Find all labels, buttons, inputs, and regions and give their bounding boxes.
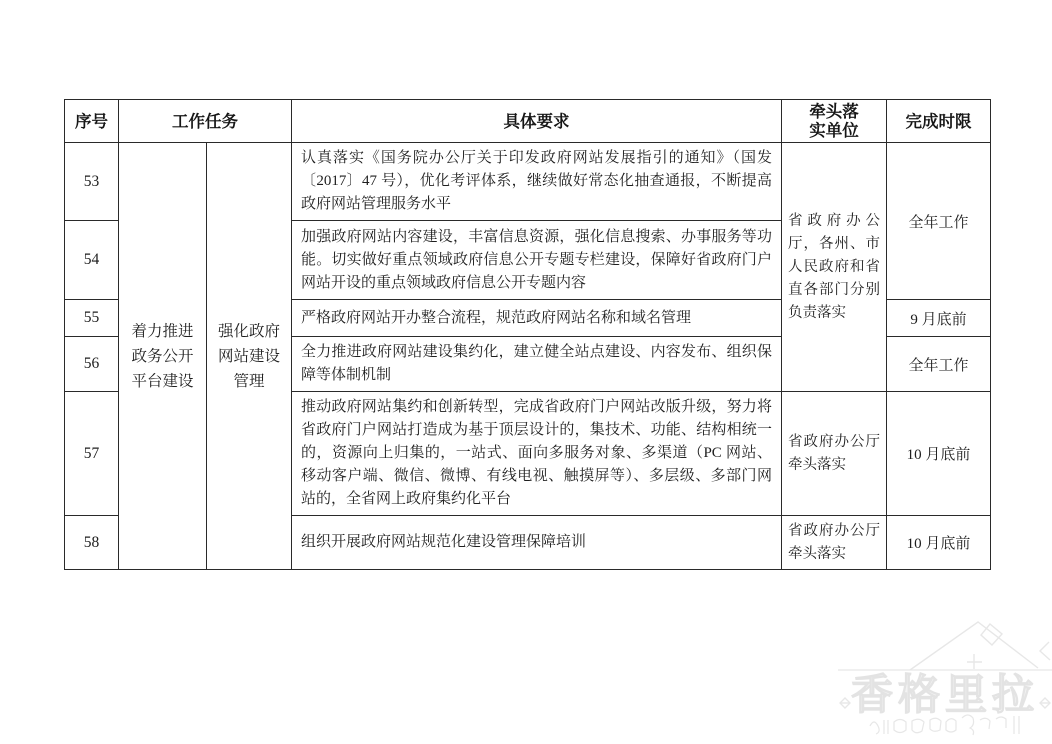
- header-row: 序号 工作任务 具体要求 牵头落实单位 完成时限: [65, 100, 991, 143]
- requirement-cell-53: 认真落实《国务院办公厅关于印发政府网站发展指引的通知》（国发〔2017〕47 号…: [292, 143, 782, 221]
- document-page: 序号 工作任务 具体要求 牵头落实单位 完成时限 53 着力推进政务公开平台建设…: [0, 0, 1052, 744]
- seq-cell-54: 54: [65, 221, 119, 300]
- deadline-cell-56: 全年工作: [887, 337, 991, 392]
- col-header-lead-line2: 实单位: [809, 121, 859, 140]
- seq-cell-53: 53: [65, 143, 119, 221]
- deadline-cell-57: 10 月底前: [887, 392, 991, 516]
- col-header-requirement: 具体要求: [292, 100, 782, 143]
- requirement-cell-57: 推动政府网站集约和创新转型，完成省政府门户网站改版升级，努力将省政府门户网站打造…: [292, 392, 782, 516]
- seq-cell-58: 58: [65, 516, 119, 570]
- col-header-deadline: 完成时限: [887, 100, 991, 143]
- task-group1-cell: 着力推进政务公开平台建设: [119, 143, 207, 570]
- col-header-lead-line1: 牵头落: [809, 102, 859, 121]
- requirement-cell-55: 严格政府网站开办整合流程，规范政府网站名称和域名管理: [292, 300, 782, 337]
- deadline-cell-58: 10 月底前: [887, 516, 991, 570]
- seq-cell-56: 56: [65, 337, 119, 392]
- table-row-53: 53 着力推进政务公开平台建设 强化政府网站建设管理 认真落实《国务院办公厅关于…: [65, 143, 991, 221]
- requirement-cell-54: 加强政府网站内容建设，丰富信息资源，强化信息搜索、办事服务等功能。切实做好重点领…: [292, 221, 782, 300]
- shangrila-watermark: 香格里拉: [838, 606, 1052, 744]
- seq-cell-57: 57: [65, 392, 119, 516]
- watermark-text: 香格里拉: [838, 662, 1052, 722]
- lead-unit-cell-53-56: 省政府办公厅，各州、市人民政府和省直各部门分别负责落实: [782, 143, 887, 392]
- lead-unit-cell-58: 省政府办公厅牵头落实: [782, 516, 887, 570]
- task-group2-cell: 强化政府网站建设管理: [207, 143, 292, 570]
- seq-cell-55: 55: [65, 300, 119, 337]
- task-group1-text: 着力推进政务公开平台建设: [131, 319, 195, 394]
- requirement-cell-58: 组织开展政府网站规范化建设管理保障培训: [292, 516, 782, 570]
- task-group2-text: 强化政府网站建设管理: [217, 319, 281, 394]
- requirement-cell-56: 全力推进政府网站建设集约化，建立健全站点建设、内容发布、组织保障等体制机制: [292, 337, 782, 392]
- lead-unit-cell-57: 省政府办公厅牵头落实: [782, 392, 887, 516]
- work-plan-table: 序号 工作任务 具体要求 牵头落实单位 完成时限 53 着力推进政务公开平台建设…: [64, 99, 991, 570]
- col-header-lead-unit: 牵头落实单位: [782, 100, 887, 143]
- deadline-cell-53-54: 全年工作: [887, 143, 991, 300]
- col-header-seq: 序号: [65, 100, 119, 143]
- watermark-tibetan-script: [870, 715, 1019, 735]
- deadline-cell-55: 9 月底前: [887, 300, 991, 337]
- watermark-mountain-logo-icon: [838, 606, 1052, 744]
- table-container: 序号 工作任务 具体要求 牵头落实单位 完成时限 53 着力推进政务公开平台建设…: [64, 99, 991, 570]
- col-header-task: 工作任务: [119, 100, 292, 143]
